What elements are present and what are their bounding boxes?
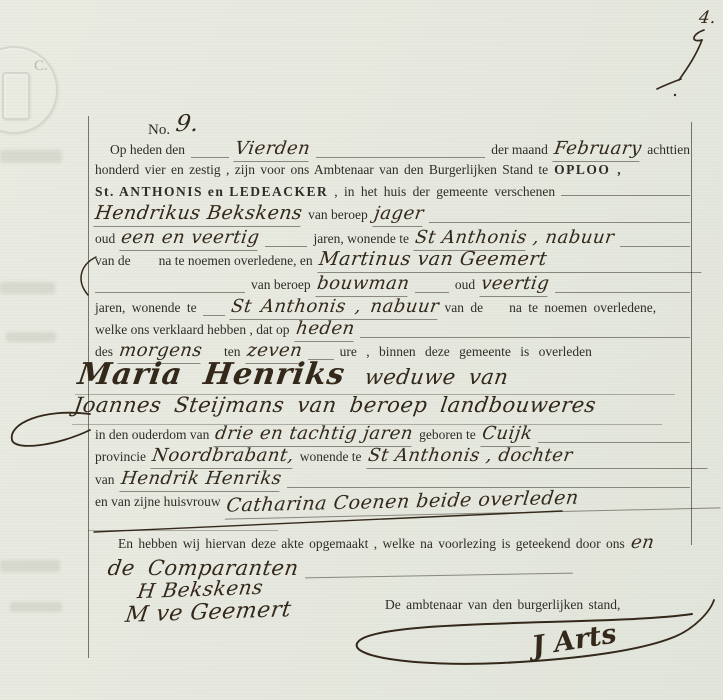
printed-text: van de <box>95 253 131 269</box>
handwritten-text: weduwe van <box>363 365 510 389</box>
deceased-name: Maria Henriks <box>76 358 348 393</box>
printed-text: Op heden den <box>110 142 185 158</box>
declarant1-occupation: jager <box>372 204 425 227</box>
handwritten-month: February <box>552 139 643 162</box>
right-margin-rule <box>691 122 692 545</box>
bleed-through-smudge <box>0 150 62 163</box>
handwritten-text: en <box>629 533 655 554</box>
fill-rule <box>316 156 485 158</box>
deceased-spouse-and-occupation: Joannes Steijmans van beroep landbouwere… <box>72 393 597 417</box>
printed-text: honderd vier en zestig , zijn voor ons A… <box>95 162 548 178</box>
bleed-through-smudge <box>0 282 55 294</box>
printed-text: der maand <box>491 142 548 158</box>
municipality-name: OPLOO , <box>554 162 622 178</box>
fill-rule <box>561 194 690 196</box>
printed-text: van beroep <box>308 207 368 223</box>
fill-rule <box>191 156 229 158</box>
official-signature: J Arts <box>525 618 619 663</box>
printed-text: geboren te <box>419 427 476 443</box>
death-certificate-page: C. 4. No. 9. Op heden den Vierden der ma… <box>0 0 723 700</box>
fill-rule <box>203 314 225 316</box>
fill-rule <box>620 245 690 247</box>
handwritten-text: , nabuur <box>531 228 615 249</box>
death-date: heden <box>294 319 356 342</box>
fill-rule <box>555 291 690 293</box>
printed-text: welke ons verklaard hebben , dat op <box>95 322 290 338</box>
pen-flourish <box>72 255 100 297</box>
province: Noordbrabant, <box>150 446 295 469</box>
printed-text: van beroep <box>251 277 311 293</box>
handwritten-day: Vierden <box>233 139 311 162</box>
fill-rule <box>95 291 245 293</box>
printed-text: , in het huis der gemeente verschenen <box>334 184 555 200</box>
printed-text: achttien <box>647 142 690 158</box>
declarant2-name: Martinus van Geemert <box>317 249 705 273</box>
printed-text: van de <box>445 300 484 316</box>
printed-text: oud <box>455 277 475 293</box>
printed-text: jaren, wonende te <box>95 300 197 316</box>
printed-text: in den ouderdom van <box>95 427 209 443</box>
official-signature-flourish: J Arts <box>320 592 720 692</box>
fill-rule <box>415 291 449 293</box>
printed-text: wonende te <box>300 449 362 465</box>
bleed-through-smudge <box>10 602 62 612</box>
birthplace: Cuijk <box>480 424 533 447</box>
paraph-mark <box>650 22 716 102</box>
printed-text: En hebben wij hiervan deze akte opgemaak… <box>118 536 625 552</box>
printed-text: provincie <box>95 449 146 465</box>
declarant2-occupation: bouwman <box>315 274 410 297</box>
deceased-residence: St Anthonis , dochter <box>366 446 711 469</box>
declarant1-name: Hendrikus Bekskens <box>93 203 303 227</box>
bleed-through-smudge <box>6 332 56 342</box>
fill-rule <box>265 245 307 247</box>
printed-text: na te noemen overledene, <box>509 300 656 316</box>
fill-rule <box>360 336 690 338</box>
fill-rule <box>305 572 573 579</box>
act-number-value: 9. <box>174 111 201 137</box>
watermark-letter: C. <box>34 58 48 75</box>
fill-rule <box>538 441 690 443</box>
municipality-name: St. ANTHONIS en LEDEACKER <box>95 184 328 200</box>
witness2-signature: M ve Geemert <box>124 597 293 628</box>
pen-flourish <box>2 406 94 456</box>
fill-rule <box>429 221 690 223</box>
declarant2-residence: St Anthonis , nabuur <box>229 297 440 320</box>
deceased-age: drie en tachtig jaren <box>214 424 415 447</box>
declarant2-age: veertig <box>480 274 551 297</box>
printed-text: jaren, wonende te <box>313 231 409 247</box>
father-name: Hendrik Henriks <box>119 469 283 492</box>
printed-text: oud <box>95 231 115 247</box>
bleed-through-smudge <box>0 560 60 572</box>
declarant1-age: een en veertig <box>120 228 261 251</box>
printed-text: van <box>95 472 115 488</box>
embossed-shield <box>2 72 30 120</box>
act-number-label: No. <box>148 122 170 139</box>
printed-text: na te noemen overledene, en <box>159 253 313 269</box>
